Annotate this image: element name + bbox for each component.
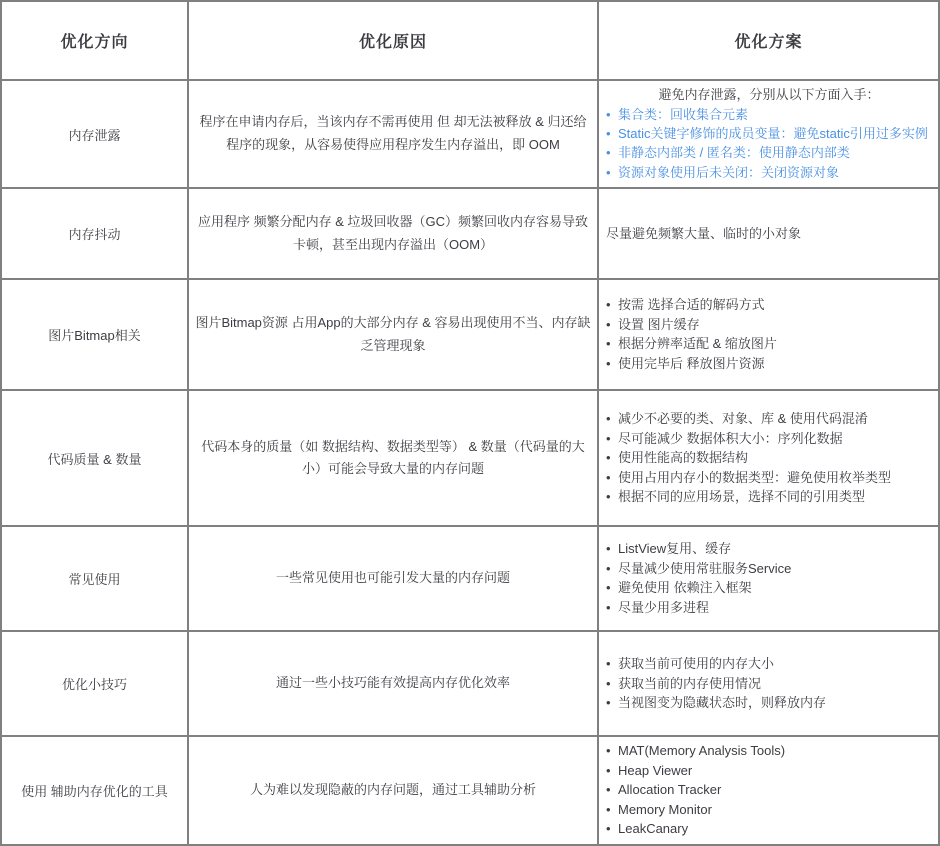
bullet-icon: [606, 781, 618, 799]
reason-cell: 代码本身的质量（如 数据结构、数据类型等） & 数量（代码量的大小）可能会导致大…: [188, 390, 598, 526]
plan-bullet-text: Static关键字修饰的成员变量：避免static引用过多实例: [618, 125, 928, 143]
plan-bullet-text: MAT(Memory Analysis Tools): [618, 742, 785, 760]
plan-bullet-item: 根据分辨率适配 & 缩放图片: [606, 335, 932, 353]
plan-bullet-text: 尽可能减少 数据体积大小：序列化数据: [618, 430, 843, 448]
reason-cell: 图片Bitmap资源 占用App的大部分内存 & 容易出现使用不当、内存缺乏管理…: [188, 279, 598, 390]
plan-text: 尽量避免频繁大量、临时的小对象: [606, 224, 932, 244]
direction-cell: 代码质量 & 数量: [1, 390, 188, 526]
direction-cell: 常见使用: [1, 526, 188, 631]
reason-cell: 一些常见使用也可能引发大量的内存问题: [188, 526, 598, 631]
header-plan: 优化方案: [598, 1, 939, 80]
table-row-tools: 使用 辅助内存优化的工具 人为难以发现隐蔽的内存问题，通过工具辅助分析 MAT(…: [1, 736, 939, 844]
bullet-icon: [606, 655, 618, 673]
plan-bullet-text: Allocation Tracker: [618, 781, 721, 799]
table-row-common-usage: 常见使用 一些常见使用也可能引发大量的内存问题 ListView复用、缓存 尽量…: [1, 526, 939, 631]
bullet-icon: [606, 125, 618, 143]
plan-bullet-item: 使用性能高的数据结构: [606, 449, 932, 467]
reason-cell: 程序在申请内存后，当该内存不需再使用 但 却无法被释放 & 归还给 程序的现象，…: [188, 80, 598, 188]
plan-bullet-text: Memory Monitor: [618, 801, 712, 819]
plan-bullet-text: Heap Viewer: [618, 762, 692, 780]
bullet-icon: [606, 579, 618, 597]
plan-bullet-item: ListView复用、缓存: [606, 540, 932, 558]
bullet-icon: [606, 316, 618, 334]
header-reason: 优化原因: [188, 1, 598, 80]
bullet-icon: [606, 488, 618, 506]
bullet-icon: [606, 335, 618, 353]
plan-bullet-text: 集合类：回收集合元素: [618, 106, 748, 124]
plan-cell: 减少不必要的类、对象、库 & 使用代码混淆 尽可能减少 数据体积大小：序列化数据…: [598, 390, 939, 526]
plan-bullet-text: 获取当前可使用的内存大小: [618, 655, 774, 673]
plan-cell: ListView复用、缓存 尽量减少使用常驻服务Service 避免使用 依赖注…: [598, 526, 939, 631]
table-row-memory-leak: 内存泄露 程序在申请内存后，当该内存不需再使用 但 却无法被释放 & 归还给 程…: [1, 80, 939, 188]
header-direction: 优化方向: [1, 1, 188, 80]
bullet-icon: [606, 820, 618, 838]
plan-bullet-text: ListView复用、缓存: [618, 540, 731, 558]
plan-bullet-text: LeakCanary: [618, 820, 688, 838]
plan-cell: 尽量避免频繁大量、临时的小对象: [598, 188, 939, 279]
plan-bullet-item: 尽可能减少 数据体积大小：序列化数据: [606, 430, 932, 448]
bullet-icon: [606, 675, 618, 693]
bullet-icon: [606, 355, 618, 373]
bullet-icon: [606, 449, 618, 467]
plan-bullet-text: 使用性能高的数据结构: [618, 449, 748, 467]
plan-cell: MAT(Memory Analysis Tools) Heap Viewer A…: [598, 736, 939, 844]
plan-bullet-item: 集合类：回收集合元素: [606, 106, 932, 124]
plan-bullet-item: 获取当前的内存使用情况: [606, 675, 932, 693]
plan-bullet-text: 根据不同的应用场景，选择不同的引用类型: [618, 488, 865, 506]
plan-bullet-item: 使用占用内存小的数据类型：避免使用枚举类型: [606, 469, 932, 487]
plan-bullet-text: 尽量减少使用常驻服务Service: [618, 560, 791, 578]
direction-cell: 内存泄露: [1, 80, 188, 188]
bullet-icon: [606, 694, 618, 712]
plan-cell: 按需 选择合适的解码方式 设置 图片缓存 根据分辨率适配 & 缩放图片 使用完毕…: [598, 279, 939, 390]
plan-bullet-text: 当视图变为隐藏状态时，则释放内存: [618, 694, 826, 712]
table-row-tips: 优化小技巧 通过一些小技巧能有效提高内存优化效率 获取当前可使用的内存大小 获取…: [1, 631, 939, 736]
bullet-icon: [606, 410, 618, 428]
direction-cell: 使用 辅助内存优化的工具: [1, 736, 188, 844]
bullet-icon: [606, 742, 618, 760]
plan-bullet-text: 使用完毕后 释放图片资源: [618, 355, 765, 373]
bullet-icon: [606, 106, 618, 124]
direction-cell: 优化小技巧: [1, 631, 188, 736]
plan-bullet-item: 非静态内部类 / 匿名类：使用静态内部类: [606, 144, 932, 162]
plan-bullet-item: 尽量少用多进程: [606, 599, 932, 617]
plan-bullet-item: 尽量减少使用常驻服务Service: [606, 560, 932, 578]
plan-bullet-item: MAT(Memory Analysis Tools): [606, 742, 932, 760]
plan-bullet-text: 使用占用内存小的数据类型：避免使用枚举类型: [618, 469, 891, 487]
direction-cell: 图片Bitmap相关: [1, 279, 188, 390]
bullet-icon: [606, 560, 618, 578]
plan-bullet-item: Memory Monitor: [606, 801, 932, 819]
plan-bullet-text: 按需 选择合适的解码方式: [618, 296, 765, 314]
plan-bullet-item: 减少不必要的类、对象、库 & 使用代码混淆: [606, 410, 932, 428]
reason-cell: 通过一些小技巧能有效提高内存优化效率: [188, 631, 598, 736]
plan-bullet-text: 非静态内部类 / 匿名类：使用静态内部类: [618, 144, 850, 162]
plan-bullet-item: 按需 选择合适的解码方式: [606, 296, 932, 314]
plan-bullet-item: 使用完毕后 释放图片资源: [606, 355, 932, 373]
reason-cell: 人为难以发现隐蔽的内存问题，通过工具辅助分析: [188, 736, 598, 844]
plan-bullet-text: 获取当前的内存使用情况: [618, 675, 761, 693]
plan-bullet-text: 尽量少用多进程: [618, 599, 709, 617]
plan-bullet-item: 根据不同的应用场景，选择不同的引用类型: [606, 488, 932, 506]
plan-bullet-item: Static关键字修饰的成员变量：避免static引用过多实例: [606, 125, 932, 143]
table-row-bitmap: 图片Bitmap相关 图片Bitmap资源 占用App的大部分内存 & 容易出现…: [1, 279, 939, 390]
plan-cell: 避免内存泄露，分别从以下方面入手： 集合类：回收集合元素 Static关键字修饰…: [598, 80, 939, 188]
bullet-icon: [606, 164, 618, 182]
bullet-icon: [606, 599, 618, 617]
plan-bullet-text: 设置 图片缓存: [618, 316, 700, 334]
plan-bullet-item: 获取当前可使用的内存大小: [606, 655, 932, 673]
plan-cell: 获取当前可使用的内存大小 获取当前的内存使用情况 当视图变为隐藏状态时，则释放内…: [598, 631, 939, 736]
plan-bullet-item: Heap Viewer: [606, 762, 932, 780]
plan-bullet-item: LeakCanary: [606, 820, 932, 838]
plan-bullet-text: 根据分辨率适配 & 缩放图片: [618, 335, 777, 353]
bullet-icon: [606, 430, 618, 448]
plan-bullet-text: 减少不必要的类、对象、库 & 使用代码混淆: [618, 410, 868, 428]
bullet-icon: [606, 540, 618, 558]
plan-bullet-text: 资源对象使用后未关闭：关闭资源对象: [618, 164, 839, 182]
bullet-icon: [606, 801, 618, 819]
plan-bullet-item: 资源对象使用后未关闭：关闭资源对象: [606, 164, 932, 182]
plan-bullet-text: 避免使用 依赖注入框架: [618, 579, 752, 597]
reason-cell: 应用程序 频繁分配内存 & 垃圾回收器（GC）频繁回收内存容易导致卡顿，甚至出现…: [188, 188, 598, 279]
table-row-memory-churn: 内存抖动 应用程序 频繁分配内存 & 垃圾回收器（GC）频繁回收内存容易导致卡顿…: [1, 188, 939, 279]
plan-bullet-item: 设置 图片缓存: [606, 316, 932, 334]
direction-cell: 内存抖动: [1, 188, 188, 279]
bullet-icon: [606, 296, 618, 314]
header-row: 优化方向 优化原因 优化方案: [1, 1, 939, 80]
plan-bullet-item: Allocation Tracker: [606, 781, 932, 799]
table-row-code-quality: 代码质量 & 数量 代码本身的质量（如 数据结构、数据类型等） & 数量（代码量…: [1, 390, 939, 526]
plan-bullet-item: 避免使用 依赖注入框架: [606, 579, 932, 597]
bullet-icon: [606, 469, 618, 487]
plan-intro: 避免内存泄露，分别从以下方面入手：: [606, 85, 932, 105]
bullet-icon: [606, 762, 618, 780]
plan-bullet-item: 当视图变为隐藏状态时，则释放内存: [606, 694, 932, 712]
bullet-icon: [606, 144, 618, 162]
memory-optimization-table: 优化方向 优化原因 优化方案 内存泄露 程序在申请内存后，当该内存不需再使用 但…: [0, 0, 940, 846]
